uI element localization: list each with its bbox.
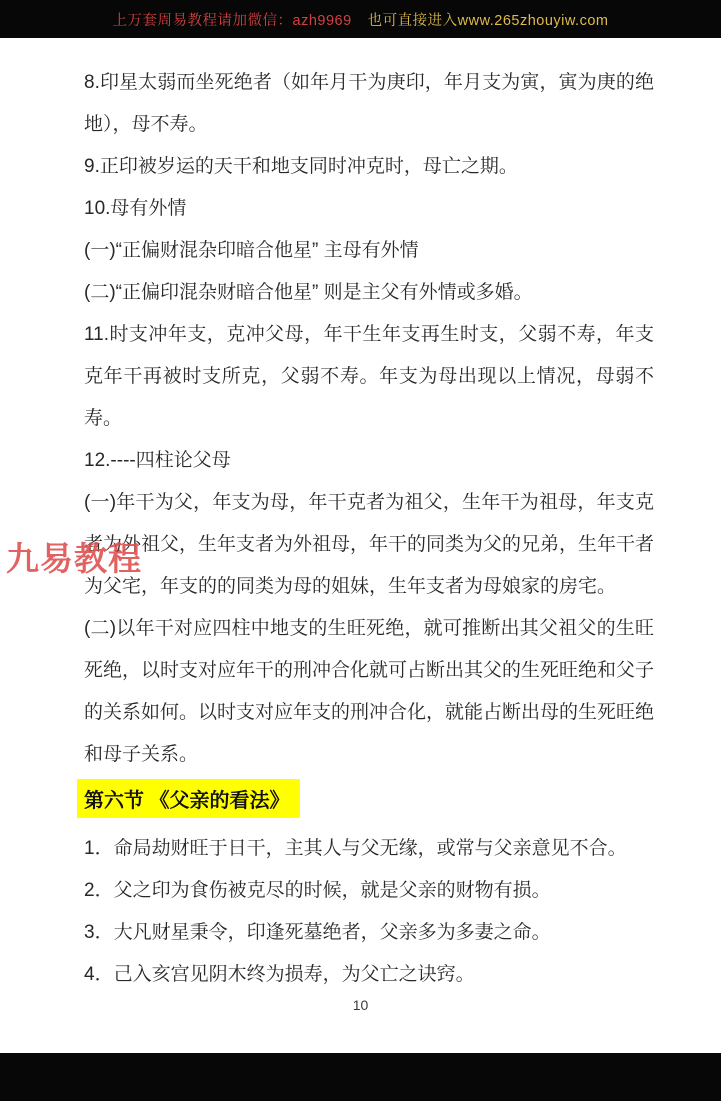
document-body: 8.印星太弱而坐死绝者（如年月干为庚印，年月支为寅，寅为庚的绝地），母不寿。 9… — [0, 38, 721, 996]
paragraph: 1．命局劫财旺于日干，主其人与父无缘，或常与父亲意见不合。 — [84, 828, 654, 870]
section-heading-row: 第六节 《父亲的看法》 — [77, 779, 654, 818]
paragraph: 3．大凡财星秉令，印逢死墓绝者，父亲多为多妻之命。 — [84, 912, 654, 954]
paragraph: (二)“正偏印混杂财暗合他星” 则是主父有外情或多婚。 — [84, 272, 654, 314]
paragraph: (二)以年干对应四柱中地支的生旺死绝，就可推断出其父祖父的生旺死绝，以时支对应年… — [84, 608, 654, 776]
header-ad-wechat-text: 上万套周易教程请加微信：azh9969 — [113, 9, 352, 30]
footer-bar — [0, 1053, 721, 1101]
paragraph: 8.印星太弱而坐死绝者（如年月干为庚印，年月支为寅，寅为庚的绝地），母不寿。 — [84, 62, 654, 146]
paragraph: 4．己入亥宫见阴木终为损寿，为父亡之诀窍。 — [84, 954, 654, 996]
header-ad-url-text: 也可直接进入www.265zhouyiw.com — [368, 9, 609, 30]
section-heading-highlight: 第六节 《父亲的看法》 — [77, 779, 300, 818]
paragraph: 11.时支冲年支，克冲父母，年干生年支再生时支，父弱不寿，年支克年干再被时支所克… — [84, 314, 654, 440]
paragraph: 10.母有外情 — [84, 188, 654, 230]
document-page: 上万套周易教程请加微信：azh9969 也可直接进入www.265zhouyiw… — [0, 0, 721, 1101]
paragraph: 12.----四柱论父母 — [84, 440, 654, 482]
paragraph-list-before: 8.印星太弱而坐死绝者（如年月干为庚印，年月支为寅，寅为庚的绝地），母不寿。 9… — [84, 62, 654, 776]
paragraph-list-after: 1．命局劫财旺于日干，主其人与父无缘，或常与父亲意见不合。 2．父之印为食伤被克… — [84, 828, 654, 996]
paragraph: 2．父之印为食伤被克尽的时候，就是父亲的财物有损。 — [84, 870, 654, 912]
header-ad-bar: 上万套周易教程请加微信：azh9969 也可直接进入www.265zhouyiw… — [0, 0, 721, 38]
paragraph: (一)“正偏财混杂印暗合他星” 主母有外情 — [84, 230, 654, 272]
paragraph: 9.正印被岁运的天干和地支同时冲克时，母亡之期。 — [84, 146, 654, 188]
paragraph: (一)年干为父，年支为母，年干克者为祖父，生年干为祖母，年支克者为外祖父，生年支… — [84, 482, 654, 608]
page-number: 10 — [0, 997, 721, 1013]
